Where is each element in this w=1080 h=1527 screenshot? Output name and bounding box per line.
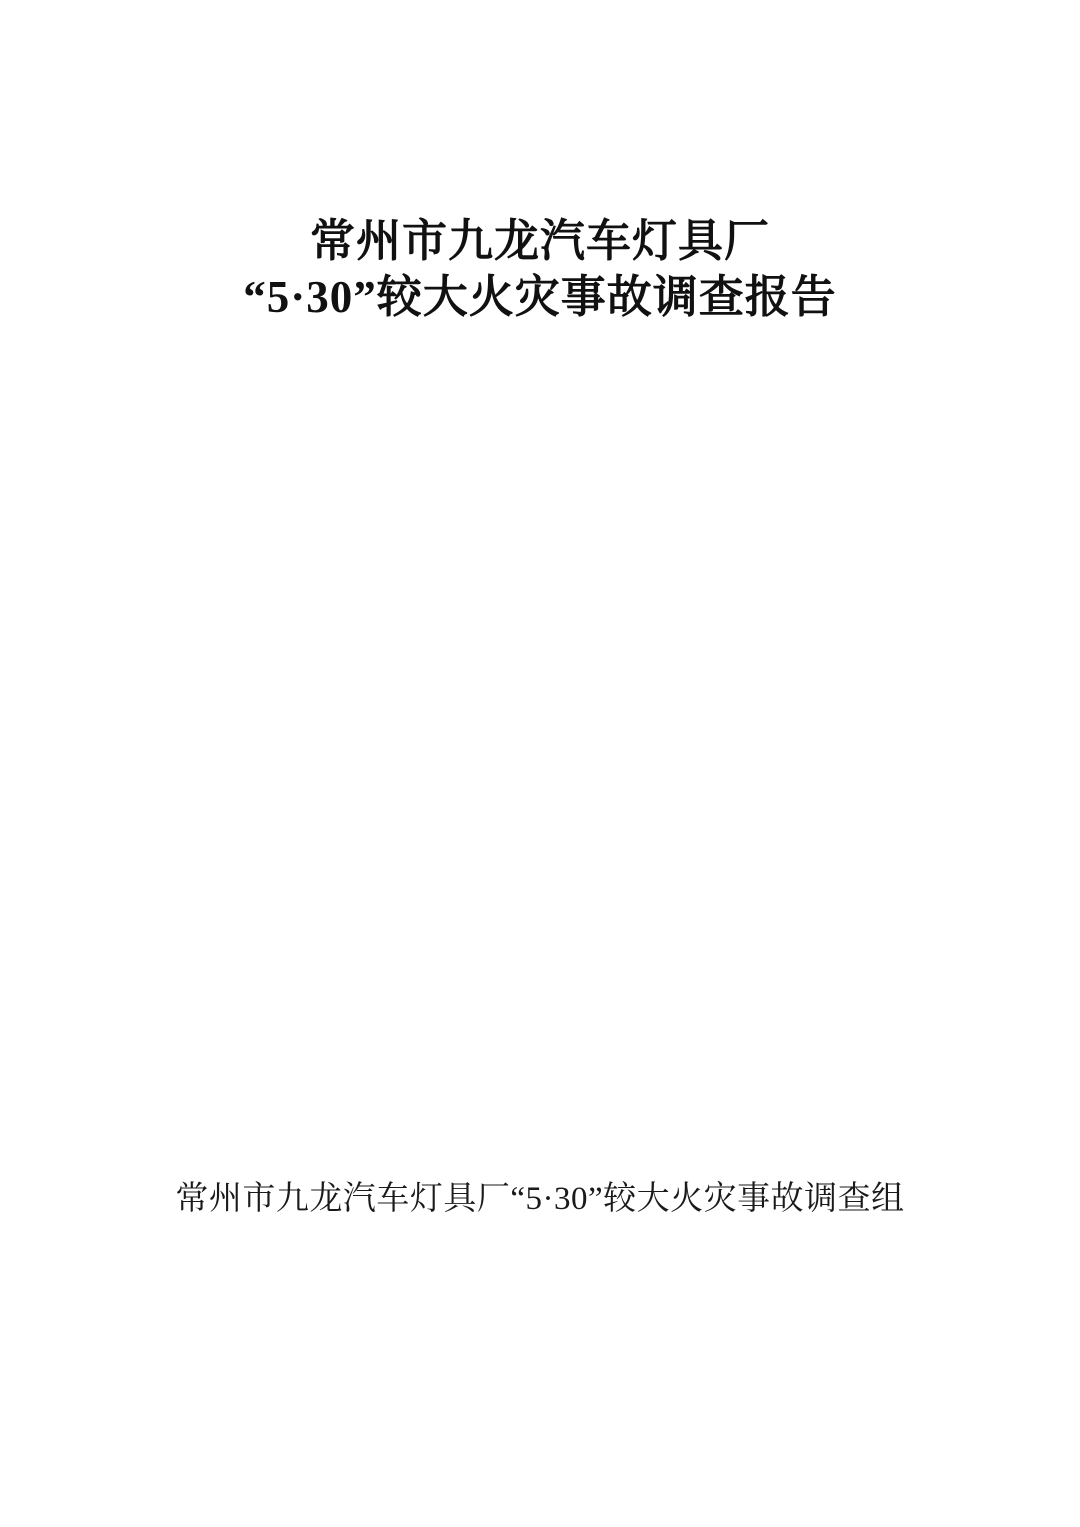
report-title-line-1: 常州市九龙汽车灯具厂: [0, 213, 1080, 269]
investigation-team-signature: 常州市九龙汽车灯具厂“5·30”较大火灾事故调查组: [0, 1172, 1080, 1219]
report-title-line-2: “5·30”较大火灾事故调查报告: [0, 269, 1080, 325]
report-title: 常州市九龙汽车灯具厂 “5·30”较大火灾事故调查报告: [0, 213, 1080, 325]
document-page: 常州市九龙汽车灯具厂 “5·30”较大火灾事故调查报告 常州市九龙汽车灯具厂“5…: [0, 0, 1080, 1527]
